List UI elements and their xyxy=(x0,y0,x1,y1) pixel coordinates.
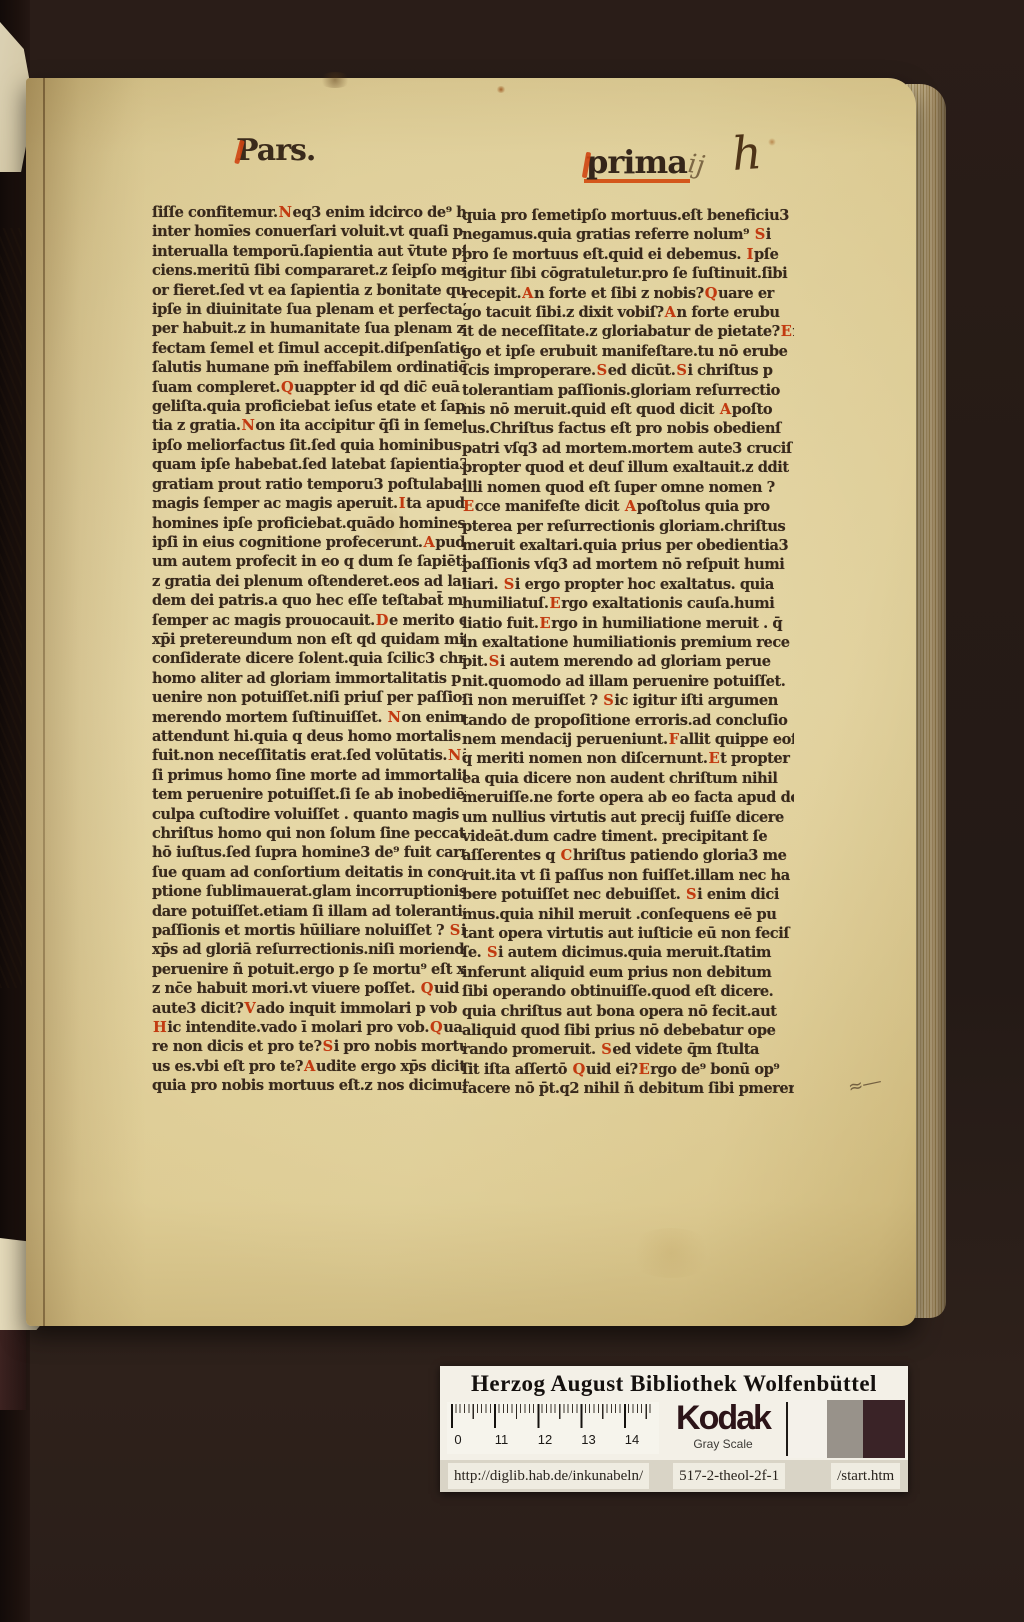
gray-swatch xyxy=(863,1400,905,1458)
running-title-left-text: Pars. xyxy=(236,133,315,168)
text-line: xp̄s ad gloriā reſurrectionis.niſi morie… xyxy=(152,940,466,959)
text-segment: i autem dicimus.quia meruit.ſtatim xyxy=(498,944,771,961)
gutter-crease xyxy=(43,78,45,1326)
text-line: lus.Chriſtus factus eſt pro nobis obedie… xyxy=(462,419,794,438)
text-line: ſalutis humane pm̄ ineffabilem ordinatiō… xyxy=(152,358,466,377)
text-segment: tando de propoſitione erroris.ad concluſ… xyxy=(462,712,787,729)
text-segment: um autem profecit in eo q dum ſe ſapiēti… xyxy=(152,553,466,570)
text-line: ipſe in diuinitate ſua plenam et perfect… xyxy=(152,300,466,319)
scale-row: 011121314 Kodak Gray Scale xyxy=(440,1400,908,1460)
ruler-number: 14 xyxy=(621,1432,643,1447)
text-segment: on enim xyxy=(402,709,465,726)
text-segment: rando promeruit. xyxy=(462,1041,600,1058)
rubricated-initial: C xyxy=(560,847,573,864)
gray-scale-label: Gray Scale xyxy=(662,1437,784,1451)
scale-divider xyxy=(786,1402,788,1456)
text-segment: dem dei patris.a quo hec eſſe teſtabat̄ … xyxy=(152,592,466,609)
text-segment: uare er xyxy=(718,285,774,302)
text-line: nem mendacij perueniunt.Fallit quippe eo… xyxy=(462,730,794,749)
rubricated-initial: I xyxy=(398,495,406,512)
text-line: interualla temporū.ſapientia aut v̄tute … xyxy=(152,242,466,261)
text-segment: tia z gratia. xyxy=(152,417,241,434)
ruler-number: 12 xyxy=(534,1432,556,1447)
text-segment: e merito et xyxy=(389,612,466,629)
text-line: peruenire ñ potuit.ergo p ſe mortu⁹ eſt … xyxy=(152,960,466,979)
text-line: nis nō meruit.quid eſt quod dicit Apoſto xyxy=(462,400,794,419)
text-segment: rgo de⁹ bonū op⁹ xyxy=(650,1061,779,1078)
text-segment: videāt.dum cadre timent. precipitant ſe xyxy=(462,828,767,845)
text-segment: it de neceſſitate.z gloriabatur de pieta… xyxy=(462,323,780,340)
text-segment: um nullius virtutis aut precij fuiſſe di… xyxy=(462,809,784,826)
text-line: inter homīes conuerſari voluit.vt quaſi … xyxy=(152,222,466,241)
text-segment: or fieret.ſed vt ea ſapientia z bonitate… xyxy=(152,282,466,299)
text-line: facere nō p̄t.q2 nihil ñ debitum ſibi pm… xyxy=(462,1079,794,1098)
rubricated-initial: I xyxy=(746,246,754,263)
text-line: ruit.ita vt ſi paſſus non fuiſſet.illam … xyxy=(462,866,794,885)
text-line: um autem profecit in eo q dum ſe ſapiēti… xyxy=(152,552,466,571)
text-line: dare potuiſſet.etiam ſi illam ad toleran… xyxy=(152,902,466,921)
text-segment: inter homīes conuerſari voluit.vt quaſi … xyxy=(152,223,463,240)
text-segment: ſcis improperare. xyxy=(462,362,596,379)
text-segment: negamus.quia gratias referre nolum⁹ xyxy=(462,226,754,243)
text-segment: illi nomen quod eſt ſuper omne nomen ? xyxy=(462,479,775,496)
text-segment: cce manifeſte dicit xyxy=(475,498,624,515)
text-segment: propter quod et deuſ illum exaltauit.z d… xyxy=(462,459,789,476)
text-segment: ciens.meritū ſibi compararet.z ſeipſo me… xyxy=(152,262,466,279)
text-segment: go tacuit ſibi.z dixit vobiſ? xyxy=(462,304,664,321)
text-segment: meruit exaltari.quia prius per obedienti… xyxy=(462,537,788,554)
text-segment: z gratia dei plenum oſtenderet.eos ad la… xyxy=(152,573,466,590)
text-line: ſit iſta aſſertō Quid ei?Ergo de⁹ bonū o… xyxy=(462,1060,794,1079)
text-segment: ruit.ita vt ſi paſſus non fuiſſet.illam … xyxy=(462,867,790,884)
text-line: go tacuit ſibi.z dixit vobiſ?An forte er… xyxy=(462,303,794,322)
text-segment: n forte et ſibi z nobis? xyxy=(534,285,704,302)
gray-scale-swatches xyxy=(789,1400,905,1458)
text-segment: quia pro ſemetipſo mortuus.eſt beneficiu… xyxy=(462,207,789,224)
rubricated-initial: A xyxy=(423,534,436,551)
text-segment: z nc̄e habuit mori.vt viuere poſſet. xyxy=(152,980,420,997)
ruler-number: 13 xyxy=(578,1432,600,1447)
text-line: ſue quam ad conſortium deitatis in conce xyxy=(152,863,466,882)
text-line: quia chriſtus aut bona opera nō fecit.au… xyxy=(462,1002,794,1021)
text-line: quam ipſe habebat.ſed latebat ſapientia3… xyxy=(152,455,466,474)
rubricated-initial: E xyxy=(707,750,720,767)
text-line: paſſionis et mortis hūiliare noluiſſet ?… xyxy=(152,921,466,940)
shelfmark: 517-2-theol-2f-1 xyxy=(673,1463,785,1489)
running-title-right-text: prima xyxy=(586,143,687,181)
text-segment: poſto xyxy=(732,401,772,418)
ruler-number: 11 xyxy=(491,1432,513,1447)
text-segment: i pro nobis mortu xyxy=(334,1038,466,1055)
text-segment: xp̄i pretereundum non eſt qd quidam mi⁹ xyxy=(152,631,466,648)
text-segment: hriſtus patiendo gloria3 me xyxy=(573,847,787,864)
text-line: magis ſemper ac magis aperuit.Ita apud xyxy=(152,494,466,513)
text-segment: ipſo meliorfactus ſit.ſed quia hominibus xyxy=(152,437,461,454)
text-segment: chriſtus homo qui non ſolum ſine peccato xyxy=(152,825,466,842)
text-segment: liari. xyxy=(462,576,503,593)
rubricated-initial: S xyxy=(685,886,697,903)
text-segment: meruiſſe.ne forte opera ab eo facta apud… xyxy=(462,789,794,806)
text-line: illi nomen quod eſt ſuper omne nomen ? xyxy=(462,478,794,497)
text-segment: uid ei? xyxy=(586,1061,638,1078)
running-title-pars: Pars. xyxy=(236,136,315,166)
text-segment: merendo mortem ſuſtinuiſſet. xyxy=(152,709,387,726)
text-line: patri vſq3 ad mortem.mortem aute3 cruciſ xyxy=(462,439,794,458)
text-line: propter quod et deuſ illum exaltauit.z d… xyxy=(462,458,794,477)
text-segment: i autem merendo ad gloriam perue xyxy=(500,653,771,670)
marginal-pen-mark: ≈― xyxy=(846,1071,883,1098)
text-line: aute3 dicit?Vado inquit immolari p vob xyxy=(152,999,466,1018)
text-segment: per habuit.z in humanitate ſua plenam z … xyxy=(152,320,466,337)
text-segment: bere potuiſſet nec debuiſſet. xyxy=(462,886,685,903)
text-line: pit.Si autem merendo ad gloriam perue xyxy=(462,652,794,671)
text-segment: lus.Chriſtus factus eſt pro nobis obedie… xyxy=(462,420,781,437)
ruler: 011121314 xyxy=(447,1402,659,1454)
foxing-spot xyxy=(768,138,776,146)
text-line: homo aliter ad gloriam immortalitatis p xyxy=(152,669,466,688)
text-segment: patri vſq3 ad mortem.mortem aute3 cruciſ xyxy=(462,440,792,457)
text-line: pterea per reſurrectionis gloriam.chriſt… xyxy=(462,517,794,536)
rubricated-initial: S xyxy=(754,226,766,243)
book-page: Pars. prima ij h ſiſſe confitemur.Neq3 e… xyxy=(26,78,916,1326)
text-segment: facere nō p̄t.q2 nihil ñ debitum ſibi pm… xyxy=(462,1080,794,1097)
text-line: um nullius virtutis aut precij fuiſſe di… xyxy=(462,808,794,827)
text-segment: on ita accipitur q̄ſi in ſemet/ xyxy=(255,417,466,434)
text-line: videāt.dum cadre timent. precipitant ſe xyxy=(462,827,794,846)
text-line: liari. Si ergo propter hoc exaltatus. qu… xyxy=(462,575,794,594)
text-segment: peruenire ñ potuit.ergo p ſe mortu⁹ eſt … xyxy=(152,961,466,978)
rubricated-initial: Q xyxy=(572,1061,586,1078)
gray-swatch xyxy=(789,1400,827,1458)
kodak-block: Kodak Gray Scale xyxy=(662,1400,784,1451)
text-line: mus.quia nihil meruit .conſequens eē pu xyxy=(462,905,794,924)
rubricated-initial: H xyxy=(152,1019,167,1036)
rubricated-initial: Q xyxy=(704,285,718,302)
foxing-spot xyxy=(496,86,506,93)
text-line: igitur ſibi cōgratuletur.pro ſe ſuſtinui… xyxy=(462,264,794,283)
text-line: tia z gratia.Non ita accipitur q̄ſi in ſ… xyxy=(152,416,466,435)
text-segment: us es.vbi eſt pro te? xyxy=(152,1058,303,1075)
rubricated-initial: S xyxy=(675,362,687,379)
text-line: ſemper ac magis prouocauit.De merito et xyxy=(152,611,466,630)
kodak-logo: Kodak xyxy=(662,1400,784,1436)
text-segment: ſe. xyxy=(462,944,486,961)
rubricated-initial: A xyxy=(521,285,534,302)
ruler-ticks xyxy=(451,1404,651,1428)
rubricated-initial: D xyxy=(375,612,389,629)
text-segment: pterea per reſurrectionis gloriam.chriſt… xyxy=(462,518,785,535)
text-line: meruiſſe.ne forte opera ab eo facta apud… xyxy=(462,788,794,807)
rubricated-initial: E xyxy=(462,498,475,515)
text-line: tant opera virtutis aut iuſticie eū non … xyxy=(462,924,794,943)
text-line: us es.vbi eſt pro te?Audite ergo xp̄s di… xyxy=(152,1057,466,1076)
rubricated-initial: S xyxy=(486,944,498,961)
text-line: aliquid quod ſibi prius nō debebatur ope xyxy=(462,1021,794,1040)
text-segment: magis ſemper ac magis aperuit. xyxy=(152,495,398,512)
text-line: or fieret.ſed vt ea ſapientia z bonitate… xyxy=(152,281,466,300)
text-line: ſi non meruiſſet ? Sic igitur iſti argum… xyxy=(462,691,794,710)
text-segment: tem peruenire potuiſſet.ſi ſe ab inobedi… xyxy=(152,786,466,803)
text-line: negamus.quia gratias referre nolum⁹ Si xyxy=(462,225,794,244)
text-line: liatio fuit.Ergo in humiliatione meruit … xyxy=(462,614,794,633)
text-segment: mus.quia nihil meruit .conſequens eē pu xyxy=(462,906,776,923)
text-segment: r xyxy=(792,323,794,340)
text-segment: n forte erubu xyxy=(677,304,780,321)
text-segment: paſſionis et mortis hūiliare noluiſſet ? xyxy=(152,922,449,939)
text-line: homines ipſe proficiebat.quādo homines xyxy=(152,514,466,533)
handwritten-foliation-mark: ij xyxy=(686,149,706,181)
text-line: recepit.An forte et ſibi z nobis?Quare e… xyxy=(462,284,794,303)
text-line: ſibi operando obtinuiſſe.quod eſt dicere… xyxy=(462,982,794,1001)
text-segment: pſe xyxy=(754,246,778,263)
text-line: Ecce manifeſte dicit Apoſtolus quia pro xyxy=(462,497,794,516)
text-segment: fectam ſemel et ſimul accepit.diſpenſati… xyxy=(152,340,466,357)
text-segment: i chriſtus p xyxy=(687,362,772,379)
text-line: q meriti nomen non diſcernunt.Et propter xyxy=(462,749,794,768)
text-line: dem dei patris.a quo hec eſſe teſtabat̄ … xyxy=(152,591,466,610)
text-segment: homo aliter ad gloriam immortalitatis p xyxy=(152,670,461,687)
photo-backdrop: Pars. prima ij h ſiſſe confitemur.Neq3 e… xyxy=(0,0,1024,1622)
text-line: geliſta.quia proficiebat ieſus etate et … xyxy=(152,397,466,416)
text-segment: nis nō meruit.quid eſt quod dicit xyxy=(462,401,719,418)
text-segment: quam ipſe habebat.ſed latebat ſapientia3… xyxy=(152,456,466,473)
text-segment: t propter xyxy=(720,750,789,767)
text-segment: ſalutis humane pm̄ ineffabilem ordinatiō… xyxy=(152,359,466,376)
text-line: tando de propoſitione erroris.ad concluſ… xyxy=(462,711,794,730)
text-segment: udite ergo xp̄s dicit. xyxy=(316,1058,466,1075)
text-segment: ed dicūt. xyxy=(608,362,676,379)
text-segment: dare potuiſſet.etiam ſi illam ad toleran… xyxy=(152,903,466,920)
rubricated-initial: S xyxy=(322,1038,334,1055)
text-segment: aute3 dicit? xyxy=(152,1000,243,1017)
text-segment: ta apud xyxy=(406,495,465,512)
handwritten-letter-mark: h xyxy=(730,125,763,181)
text-segment: ſit iſta aſſertō xyxy=(462,1061,572,1078)
text-segment: ſi non meruiſſet ? xyxy=(462,692,602,709)
rubricated-initial: S xyxy=(600,1041,612,1058)
text-segment: uappter id qd dic̄ euā xyxy=(294,379,459,396)
rubricated-initial: E xyxy=(539,615,552,632)
text-line: hō iuſtus.ſed ſupra homine3 de⁹ fuit car… xyxy=(152,843,466,862)
text-line: chriſtus homo qui non ſolum ſine peccato xyxy=(152,824,466,843)
rubricated-initial: Q xyxy=(429,1019,443,1036)
text-line: attendunt hi.quia q deus homo mortalis xyxy=(152,727,466,746)
text-line: ſiſſe confitemur.Neq3 enim idcirco de⁹ h… xyxy=(152,203,466,222)
text-segment: ſi primus homo ſine morte ad immortalita xyxy=(152,767,466,784)
text-segment: recepit. xyxy=(462,285,521,302)
text-segment: uenire non potuiſſet.niſi priuſ per paſſ… xyxy=(152,689,466,706)
text-segment: aliquid quod ſibi prius nō debebatur ope xyxy=(462,1022,775,1039)
text-line: tolerantiam paſſionis.gloriam reſurrecti… xyxy=(462,381,794,400)
text-segment: rgo in humiliatione meruit . q̄ xyxy=(551,615,782,632)
text-segment: q meriti nomen non diſcernunt. xyxy=(462,750,707,767)
foxing-spot xyxy=(318,72,352,88)
rubricated-initial: N xyxy=(387,709,402,726)
text-segment: ſue quam ad conſortium deitatis in conce xyxy=(152,864,466,881)
text-segment: xp̄s ad gloriā reſurrectionis.niſi morie… xyxy=(152,941,466,958)
rubricated-initial: N xyxy=(241,417,256,434)
ruler-number: 0 xyxy=(447,1432,469,1447)
text-segment: igitur ſibi cōgratuletur.pro ſe ſuſtinui… xyxy=(462,265,787,282)
text-line: nit.quomodo ad illam peruenire potuiſſet… xyxy=(462,672,794,691)
text-line: humiliatuſ.Ergo exaltationis cauſa.humi xyxy=(462,594,794,613)
library-name: Herzog August Bibliothek Wolfenbüttel xyxy=(440,1369,908,1399)
text-segment: ipſe in diuinitate ſua plenam et perfect… xyxy=(152,301,466,318)
text-segment: in exaltatione humiliationis premium rec… xyxy=(462,634,790,651)
foxing-spot xyxy=(626,1228,716,1278)
text-line: ſcis improperare.Sed dicūt.Si chriſtus p xyxy=(462,361,794,380)
text-segment: ed videte q̄m ſtulta xyxy=(612,1041,759,1058)
text-line: aſſerentes q Chriſtus patiendo gloria3 m… xyxy=(462,846,794,865)
text-segment: i ergo propter hoc exaltatus. quia xyxy=(515,576,774,593)
library-label-card: Herzog August Bibliothek Wolfenbüttel 01… xyxy=(440,1366,908,1492)
text-segment: ic intendite.vado ī molari pro vob. xyxy=(167,1019,429,1036)
text-segment: attendunt hi.quia q deus homo mortalis xyxy=(152,728,461,745)
text-line: quia pro nobis mortuus eſt.z nos dicimuſ xyxy=(152,1076,466,1095)
text-line: paſſionis vſq3 ad mortem nō reſpuit humi xyxy=(462,555,794,574)
rubricated-initial: E xyxy=(549,595,562,612)
text-line: z nc̄e habuit mori.vt viuere poſſet. Qui… xyxy=(152,979,466,998)
start-link: /start.htm xyxy=(831,1463,900,1489)
text-line: uenire non potuiſſet.niſi priuſ per paſſ… xyxy=(152,688,466,707)
rubricated-initial: E xyxy=(638,1061,651,1078)
text-line: conſiderate dicere ſolent.quia ſcilic3 c… xyxy=(152,649,466,668)
text-segment: i enim dici xyxy=(697,886,779,903)
text-line: inferunt aliquid eum prius non debitum xyxy=(462,963,794,982)
text-segment: i xyxy=(766,226,771,243)
text-line: pro ſe mortuus eſt.quid ei debemus. Ipſe xyxy=(462,245,794,264)
running-title-prima: prima xyxy=(584,146,690,183)
text-segment: culpa cuſtodire voluiſſet . quanto magis xyxy=(152,806,459,823)
rubricated-initial: S xyxy=(488,653,500,670)
text-segment: pit. xyxy=(462,653,488,670)
text-segment: ipſi in eius cognitione profecerunt. xyxy=(152,534,423,551)
text-line: meruit exaltari.quia prius per obedienti… xyxy=(462,536,794,555)
text-segment: tant opera virtutis aut iuſticie eū non … xyxy=(462,925,789,942)
text-segment: allit quippe eoſ xyxy=(680,731,794,748)
text-line: it de neceſſitate.z gloriabatur de pieta… xyxy=(462,322,794,341)
text-line: tem peruenire potuiſſet.ſi ſe ab inobedi… xyxy=(152,785,466,804)
text-segment: geliſta.quia proficiebat ieſus etate et … xyxy=(152,398,466,415)
text-segment: nem mendacij perueniunt. xyxy=(462,731,668,748)
ruler-numbers: 011121314 xyxy=(447,1432,643,1447)
text-segment: aſſerentes q xyxy=(462,847,560,864)
text-line: per habuit.z in humanitate ſua plenam z … xyxy=(152,319,466,338)
text-line: ea quia dicere non audent chriſtum nihil xyxy=(462,769,794,788)
rubricated-initial: S xyxy=(449,922,461,939)
rubricated-initial: A xyxy=(719,401,732,418)
text-line: ſuam compleret.Quappter id qd dic̄ euā xyxy=(152,378,466,397)
text-segment: ſibi operando obtinuiſſe.quod eſt dicere… xyxy=(462,983,773,1000)
text-segment: liatio fuit. xyxy=(462,615,539,632)
text-segment: uid xyxy=(434,980,459,997)
text-segment: ſiſſe confitemur. xyxy=(152,204,278,221)
text-line: bere potuiſſet nec debuiſſet. Si enim di… xyxy=(462,885,794,904)
text-segment: ptione ſublimauerat.glam incorruptionis xyxy=(152,883,466,900)
text-column-right: quia pro ſemetipſo mortuus.eſt beneficiu… xyxy=(462,206,794,1106)
rubricated-initial: A xyxy=(303,1058,316,1075)
text-line: fectam ſemel et ſimul accepit.diſpenſati… xyxy=(152,339,466,358)
gray-swatch xyxy=(827,1400,863,1458)
text-line: ciens.meritū ſibi compararet.z ſeipſo me… xyxy=(152,261,466,280)
text-segment: ua xyxy=(443,1019,462,1036)
text-segment: paſſionis vſq3 ad mortem nō reſpuit humi xyxy=(462,556,784,573)
base-url: http://diglib.hab.de/inkunabeln/ xyxy=(448,1463,649,1489)
text-line: fuit.non neceſſitatis erat.ſed volūtatis… xyxy=(152,746,466,765)
text-line: xp̄i pretereundum non eſt qd quidam mi⁹ xyxy=(152,630,466,649)
text-segment: rgo exaltationis cauſa.humi xyxy=(561,595,774,612)
rubricated-initial: N xyxy=(278,204,293,221)
text-segment: go et ipſe erubuit manifeſtare.tu nō eru… xyxy=(462,343,787,360)
rubricated-initial: S xyxy=(602,692,614,709)
text-line: Hic intendite.vado ī molari pro vob.Qua xyxy=(152,1018,466,1037)
text-segment: ea quia dicere non audent chriſtum nihil xyxy=(462,770,777,787)
text-segment: quia chriſtus aut bona opera nō fecit.au… xyxy=(462,1003,777,1020)
text-line: ſi primus homo ſine morte ad immortalita xyxy=(152,766,466,785)
text-line: go et ipſe erubuit manifeſtare.tu nō eru… xyxy=(462,342,794,361)
rubricated-initial: S xyxy=(596,362,608,379)
text-column-left: ſiſſe confitemur.Neq3 enim idcirco de⁹ h… xyxy=(152,203,466,1098)
text-segment: ſuam compleret. xyxy=(152,379,280,396)
text-line: ptione ſublimauerat.glam incorruptionis xyxy=(152,882,466,901)
text-line: ipſi in eius cognitione profecerunt.Apud… xyxy=(152,533,466,552)
rubricated-initial: E xyxy=(780,323,793,340)
text-segment: pro ſe mortuus eſt.quid ei debemus. xyxy=(462,246,746,263)
text-segment: nit.quomodo ad illam peruenire potuiſſet… xyxy=(462,673,785,690)
text-segment: gratiam prout ratio temporu3 poſtulabat. xyxy=(152,476,466,493)
text-line: in exaltatione humiliationis premium rec… xyxy=(462,633,794,652)
text-segment: poſtolus quia pro xyxy=(637,498,770,515)
text-line: culpa cuſtodire voluiſſet . quanto magis xyxy=(152,805,466,824)
facing-page-text-edge xyxy=(0,228,22,988)
rubricated-initial: N xyxy=(447,747,462,764)
text-segment: re non dicis et pro te? xyxy=(152,1038,322,1055)
text-segment: ic igitur iſti argumen xyxy=(614,692,778,709)
text-segment: ſemper ac magis prouocauit. xyxy=(152,612,375,629)
text-line: re non dicis et pro te?Si pro nobis mort… xyxy=(152,1037,466,1056)
rubricated-initial: A xyxy=(664,304,677,321)
text-segment: fuit.non neceſſitatis erat.ſed volūtatis… xyxy=(152,747,447,764)
text-segment: interualla temporū.ſapientia aut v̄tute … xyxy=(152,243,466,260)
text-line: merendo mortem ſuſtinuiſſet. Non enim xyxy=(152,708,466,727)
text-line: gratiam prout ratio temporu3 poſtulabat. xyxy=(152,475,466,494)
text-segment: homines ipſe proficiebat.quādo homines xyxy=(152,515,465,532)
text-segment: conſiderate dicere ſolent.quia ſcilic3 c… xyxy=(152,650,466,667)
text-segment: ado inquit immolari p vob xyxy=(256,1000,457,1017)
text-segment: inferunt aliquid eum prius non debitum xyxy=(462,964,771,981)
rubricated-initial: Q xyxy=(280,379,294,396)
text-line: quia pro ſemetipſo mortuus.eſt beneficiu… xyxy=(462,206,794,225)
rubricated-initial: V xyxy=(243,1000,256,1017)
text-segment: eq3 enim idcirco de⁹ hō xyxy=(293,204,466,221)
text-line: z gratia dei plenum oſtenderet.eos ad la… xyxy=(152,572,466,591)
rubricated-initial: F xyxy=(668,731,680,748)
reference-strip: http://diglib.hab.de/inkunabeln/ 517-2-t… xyxy=(440,1460,908,1492)
text-line: rando promeruit. Sed videte q̄m ſtulta xyxy=(462,1040,794,1059)
text-line: ſe. Si autem dicimus.quia meruit.ſtatim xyxy=(462,943,794,962)
rubricated-initial: Q xyxy=(420,980,434,997)
rubricated-initial: S xyxy=(503,576,515,593)
text-line: ipſo meliorfactus ſit.ſed quia hominibus xyxy=(152,436,466,455)
text-segment: tolerantiam paſſionis.gloriam reſurrecti… xyxy=(462,382,780,399)
text-segment: hō iuſtus.ſed ſupra homine3 de⁹ fuit car… xyxy=(152,844,466,861)
text-segment: humiliatuſ. xyxy=(462,595,549,612)
rubricated-initial: A xyxy=(624,498,637,515)
text-segment: quia pro nobis mortuus eſt.z nos dicimuſ xyxy=(152,1077,466,1094)
